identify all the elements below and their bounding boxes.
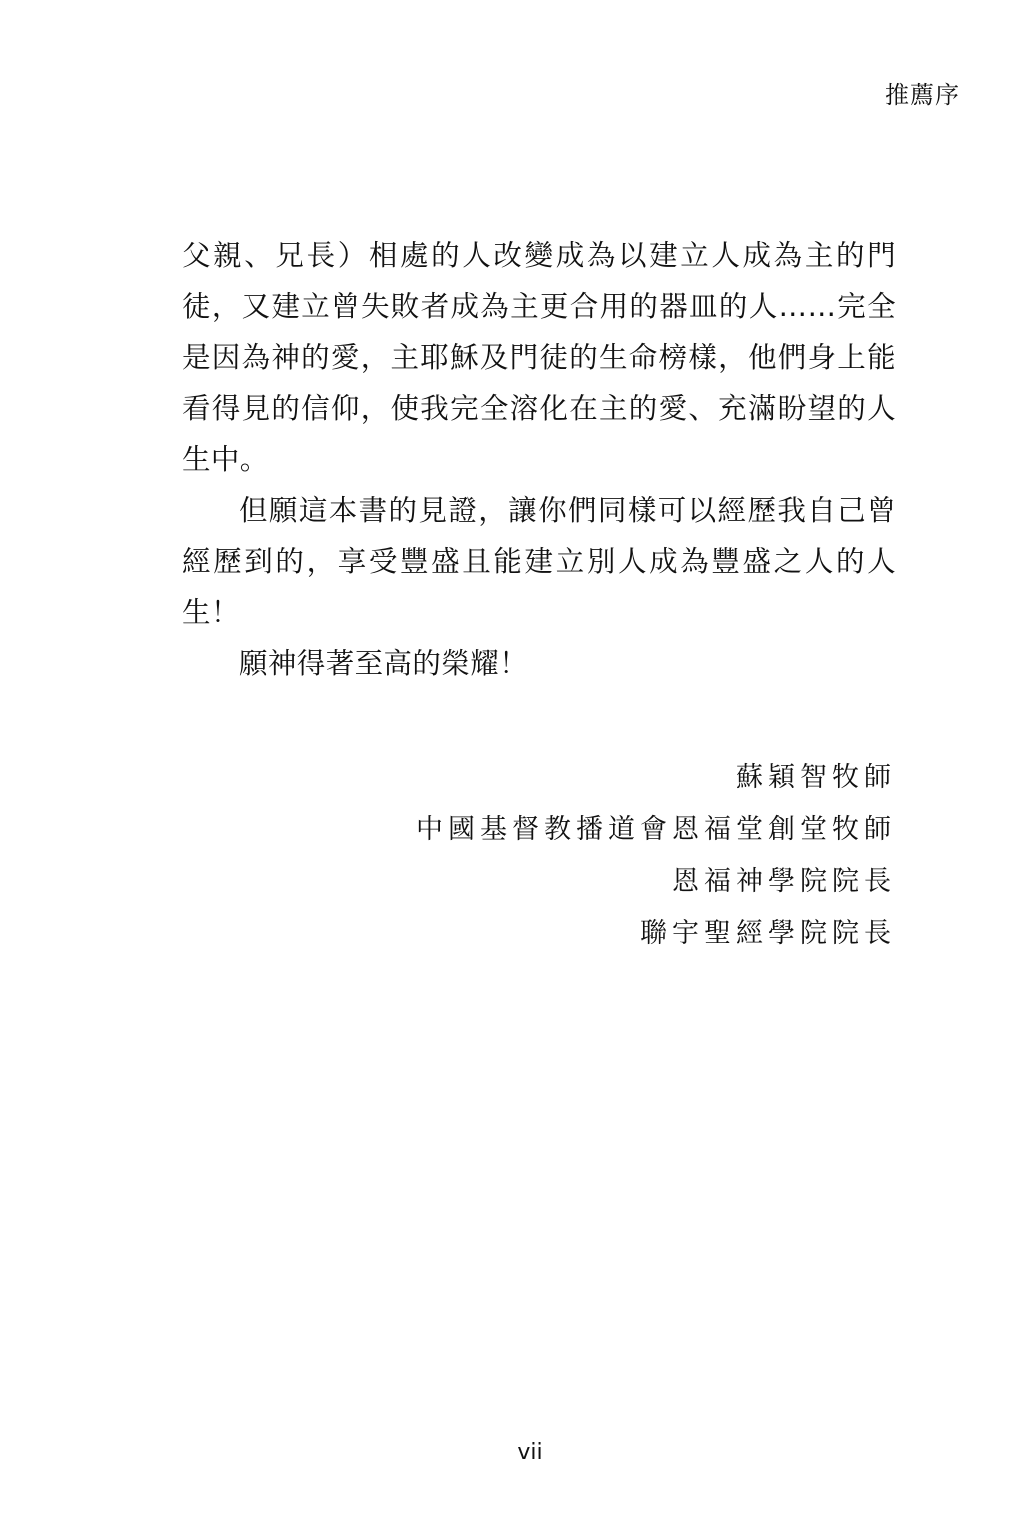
signature-name: 蘇穎智牧師 — [416, 752, 896, 804]
body-text: 父親、兄長）相處的人改變成為以建立人成為主的門徒，又建立曾失敗者成為主更合用的器… — [182, 230, 896, 689]
signature-title-seminary: 恩福神學院院長 — [416, 856, 896, 908]
paragraph-testimony-wish: 但願這本書的見證，讓你們同樣可以經歷我自己曾經歷到的，享受豐盛且能建立別人成為豐… — [182, 485, 896, 638]
page-number: vii — [0, 1438, 1024, 1468]
signature-title-bible-college: 聯宇聖經學院院長 — [416, 908, 896, 960]
paragraph-continuation: 父親、兄長）相處的人改變成為以建立人成為主的門徒，又建立曾失敗者成為主更合用的器… — [182, 230, 896, 485]
running-header-title: 推薦序 — [885, 78, 960, 112]
signature-title-church: 中國基督教播道會恩福堂創堂牧師 — [416, 804, 896, 856]
paragraph-doxology: 願神得著至高的榮耀！ — [182, 638, 896, 689]
signature-block: 蘇穎智牧師 中國基督教播道會恩福堂創堂牧師 恩福神學院院長 聯宇聖經學院院長 — [416, 752, 896, 960]
